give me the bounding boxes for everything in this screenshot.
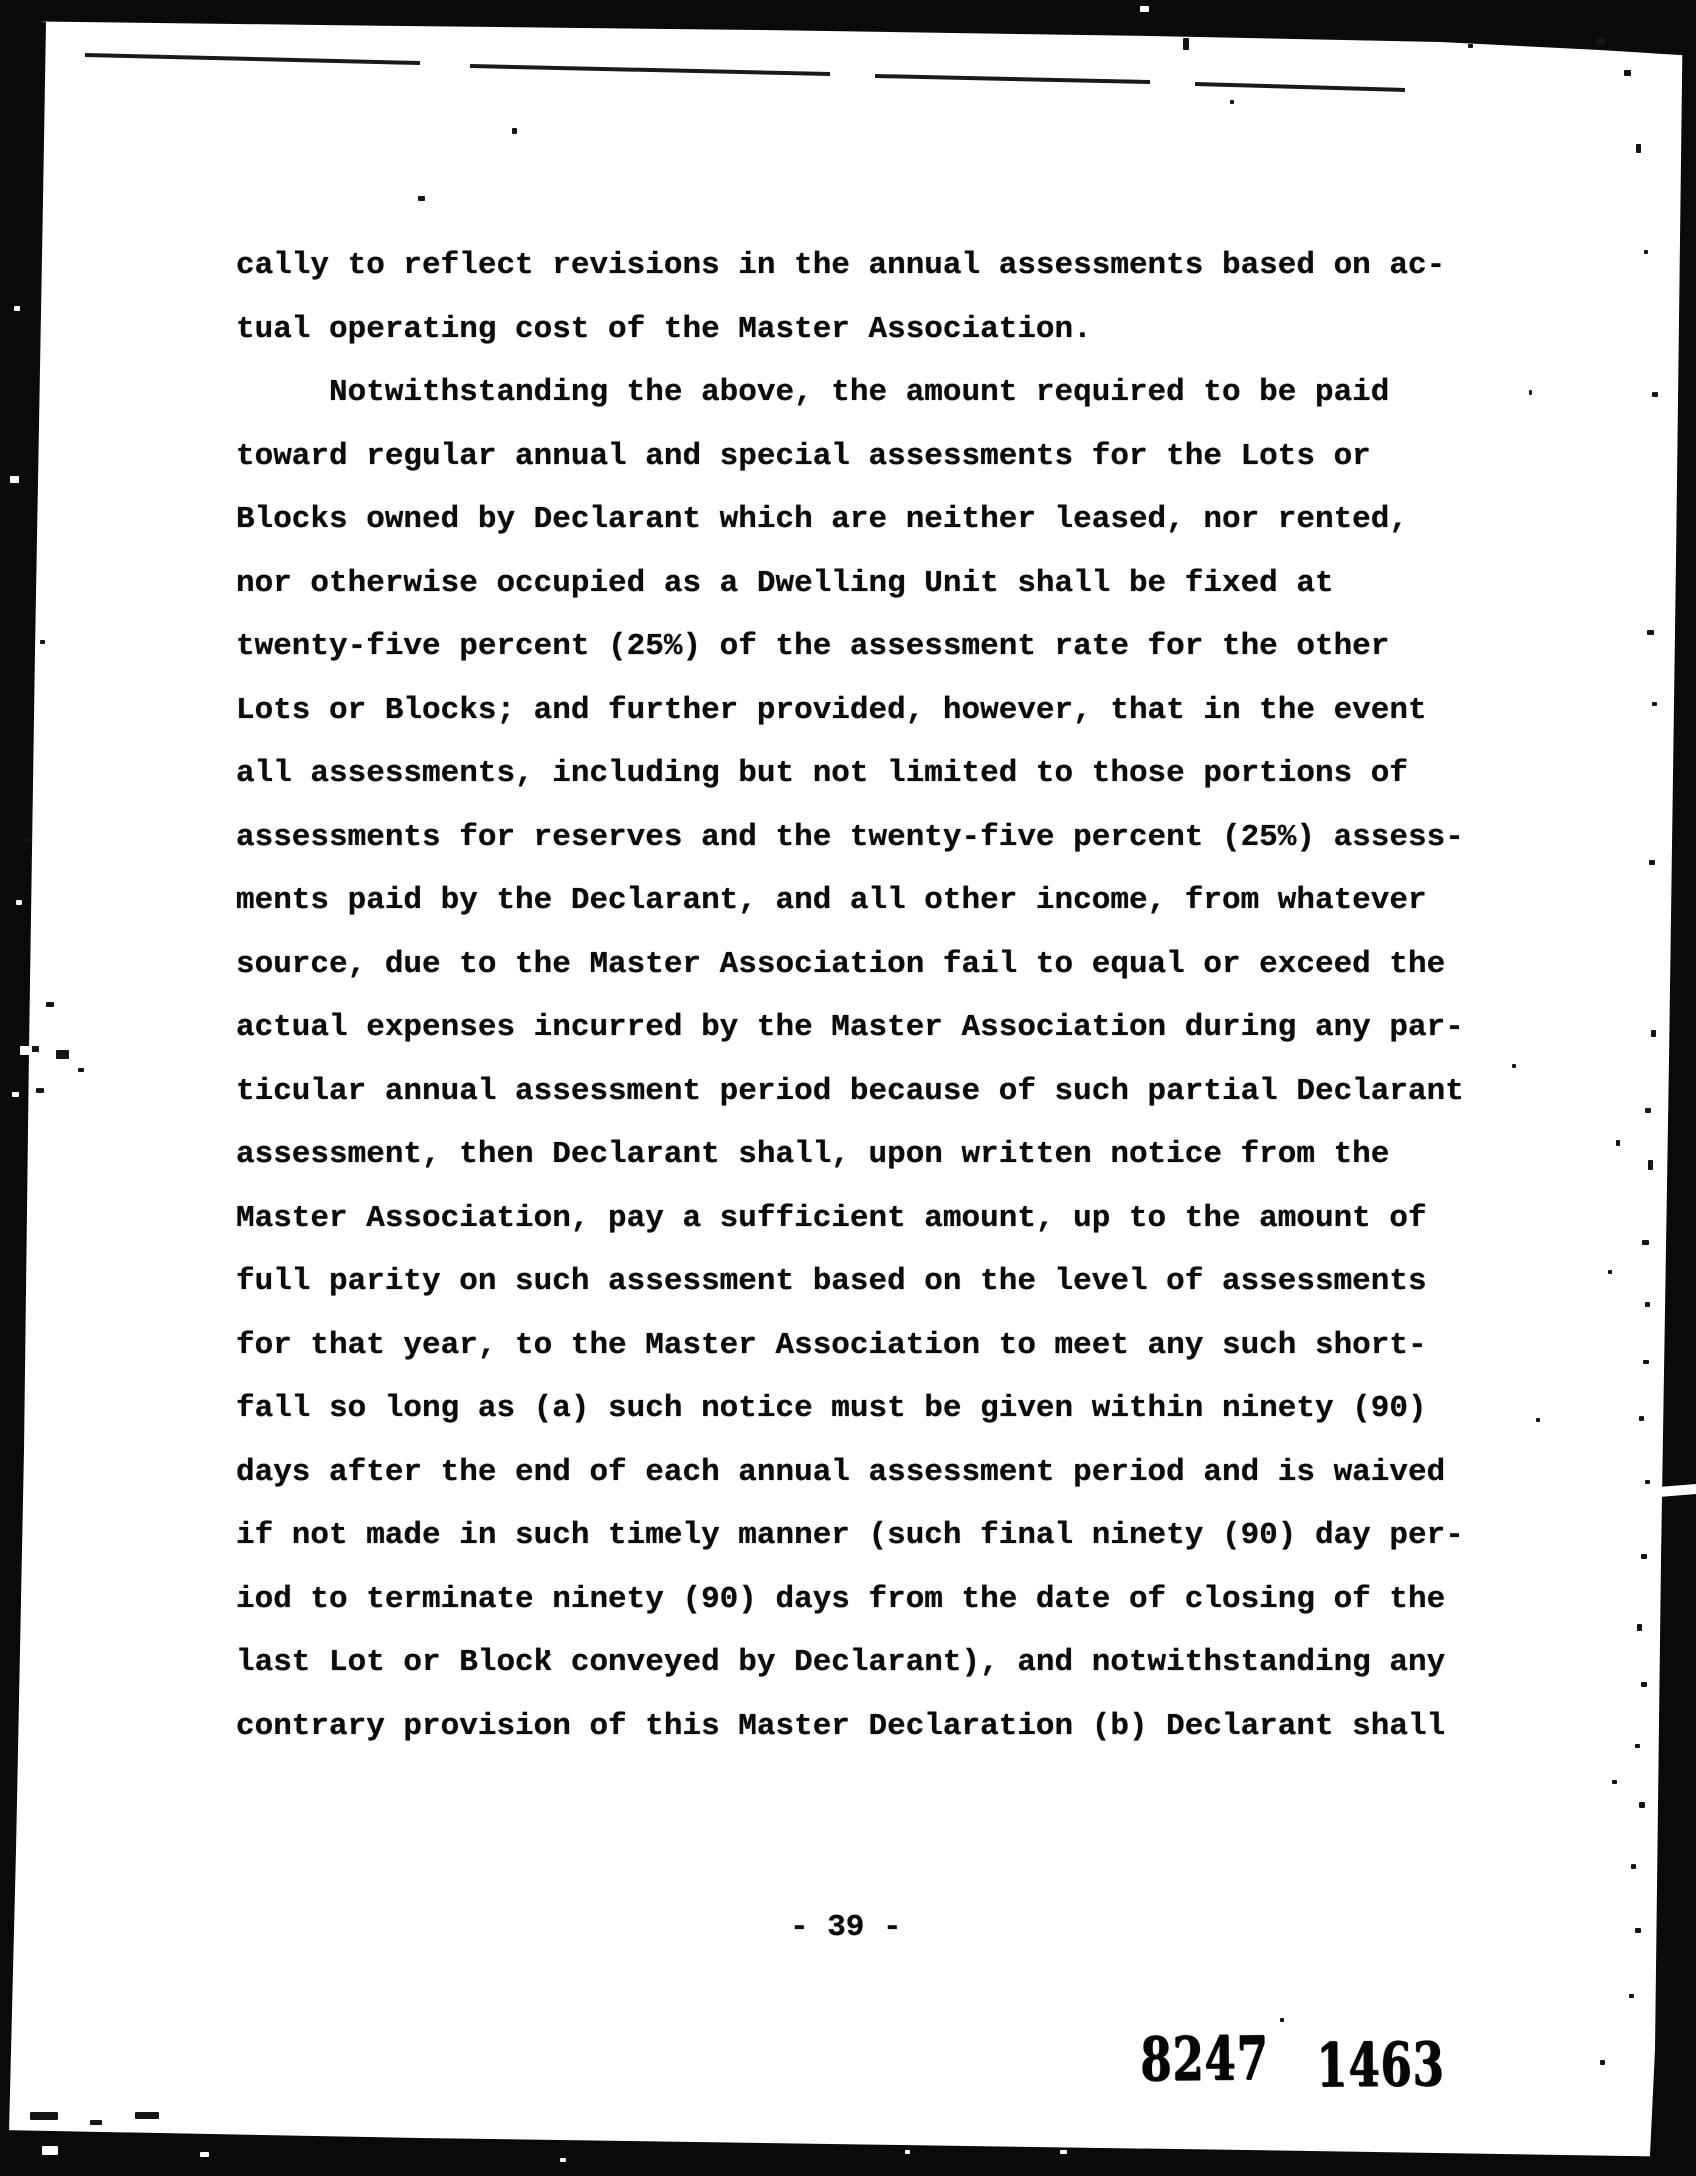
scan-speck bbox=[1651, 1030, 1656, 1037]
scan-speck bbox=[1616, 1140, 1620, 1146]
text-line: if not made in such timely manner (such … bbox=[236, 1504, 1536, 1568]
scan-speck bbox=[1643, 1360, 1649, 1364]
scan-speck bbox=[1642, 1240, 1649, 1245]
text-line: full parity on such assessment based on … bbox=[236, 1250, 1536, 1314]
text-line: assessments for reserves and the twenty-… bbox=[236, 806, 1536, 870]
scan-speck bbox=[30, 2112, 58, 2120]
scan-speck bbox=[512, 128, 517, 134]
text-line: nor otherwise occupied as a Dwelling Uni… bbox=[236, 552, 1536, 616]
document-page: cally to reflect revisions in the annual… bbox=[0, 0, 1696, 2176]
scan-speck bbox=[1512, 1064, 1516, 1068]
scan-speck bbox=[1652, 392, 1658, 397]
text-line: cally to reflect revisions in the annual… bbox=[236, 234, 1536, 298]
text-line: contrary provision of this Master Declar… bbox=[236, 1695, 1536, 1759]
scan-speck bbox=[46, 1002, 54, 1007]
scan-speck bbox=[1645, 1302, 1650, 1307]
text-line: fall so long as (a) such notice must be … bbox=[236, 1377, 1536, 1441]
scan-border-right-gap bbox=[1646, 1484, 1696, 1498]
scan-speck bbox=[12, 1092, 19, 1097]
page-number: - 39 - bbox=[790, 1910, 902, 1945]
text-line: assessment, then Declarant shall, upon w… bbox=[236, 1123, 1536, 1187]
text-line: for that year, to the Master Association… bbox=[236, 1314, 1536, 1378]
scan-speck bbox=[10, 476, 19, 483]
scan-speck bbox=[1529, 390, 1532, 395]
text-line: tual operating cost of the Master Associ… bbox=[236, 298, 1536, 362]
scan-speck bbox=[40, 640, 45, 644]
scan-speck bbox=[1612, 1780, 1617, 1784]
scan-speck bbox=[1608, 1270, 1612, 1274]
scan-speck bbox=[1647, 630, 1654, 635]
scan-speck bbox=[418, 196, 425, 201]
scan-speck bbox=[1635, 1744, 1640, 1748]
scan-speck bbox=[1649, 860, 1655, 865]
scan-speck bbox=[20, 1046, 32, 1055]
scan-speck bbox=[1183, 38, 1189, 50]
text-line: actual expenses incurred by the Master A… bbox=[236, 996, 1536, 1060]
scan-speck bbox=[1635, 1928, 1641, 1933]
scan-speck bbox=[135, 2112, 159, 2119]
text-line: twenty-five percent (25%) of the assessm… bbox=[236, 615, 1536, 679]
scan-speck bbox=[1230, 100, 1234, 104]
text-line: Master Association, pay a sufficient amo… bbox=[236, 1187, 1536, 1251]
text-line: days after the end of each annual assess… bbox=[236, 1441, 1536, 1505]
scan-speck bbox=[1140, 6, 1149, 12]
stamp-number-left: 8247 bbox=[1140, 2029, 1269, 2090]
scan-speck bbox=[545, 1650, 550, 1654]
text-line: iod to terminate ninety (90) days from t… bbox=[236, 1568, 1536, 1632]
scan-speck bbox=[1596, 38, 1605, 45]
scan-speck bbox=[1645, 1108, 1651, 1113]
scan-speck bbox=[78, 1068, 84, 1072]
scan-speck bbox=[1060, 2150, 1067, 2154]
scan-border-top bbox=[0, 0, 1696, 56]
scan-speck bbox=[1468, 44, 1473, 48]
scan-speck bbox=[1648, 1160, 1653, 1170]
scan-speck bbox=[1280, 2018, 1284, 2022]
text-line: ments paid by the Declarant, and all oth… bbox=[236, 869, 1536, 933]
scan-speck bbox=[36, 1088, 44, 1093]
scan-speck bbox=[1536, 1418, 1540, 1422]
scan-border-bottom bbox=[0, 2130, 1696, 2176]
scan-border-right bbox=[1649, 0, 1696, 2176]
scan-speck bbox=[560, 2158, 566, 2162]
stamp-number-right: 1463 bbox=[1316, 2035, 1445, 2096]
scan-speck bbox=[1637, 1624, 1642, 1631]
text-line: Lots or Blocks; and further provided, ho… bbox=[236, 679, 1536, 743]
scan-speck bbox=[1600, 2060, 1605, 2065]
scan-speck bbox=[1631, 1864, 1636, 1869]
scan-speck bbox=[1624, 70, 1631, 76]
scan-speck bbox=[42, 2146, 58, 2155]
scan-speck bbox=[1641, 1682, 1647, 1687]
scan-speck bbox=[26, 838, 32, 842]
scan-border-left bbox=[0, 18, 46, 2134]
text-line: ticular annual assessment period because… bbox=[236, 1060, 1536, 1124]
scan-speck bbox=[200, 2152, 209, 2157]
text-line: Blocks owned by Declarant which are neit… bbox=[236, 488, 1536, 552]
scan-speck bbox=[16, 900, 22, 905]
scan-streak-line bbox=[85, 55, 1405, 90]
scan-speck bbox=[1639, 1802, 1645, 1808]
scan-speck bbox=[905, 2150, 910, 2154]
text-line: source, due to the Master Association fa… bbox=[236, 933, 1536, 997]
scan-speck bbox=[1652, 702, 1657, 706]
text-line: last Lot or Block conveyed by Declarant)… bbox=[236, 1631, 1536, 1695]
scan-speck bbox=[1636, 144, 1641, 153]
scan-speck bbox=[90, 2120, 102, 2125]
scan-speck bbox=[1641, 1554, 1647, 1559]
scan-speck bbox=[56, 1050, 69, 1059]
scan-speck bbox=[14, 306, 20, 311]
text-line: all assessments, including but not limit… bbox=[236, 742, 1536, 806]
scan-speck bbox=[1639, 1416, 1644, 1421]
scan-speck bbox=[1629, 1994, 1634, 1998]
text-line: Notwithstanding the above, the amount re… bbox=[236, 361, 1536, 425]
scan-speck bbox=[1644, 250, 1648, 254]
body-text: cally to reflect revisions in the annual… bbox=[236, 234, 1536, 1758]
text-line: toward regular annual and special assess… bbox=[236, 425, 1536, 489]
scan-speck bbox=[1645, 1480, 1650, 1484]
